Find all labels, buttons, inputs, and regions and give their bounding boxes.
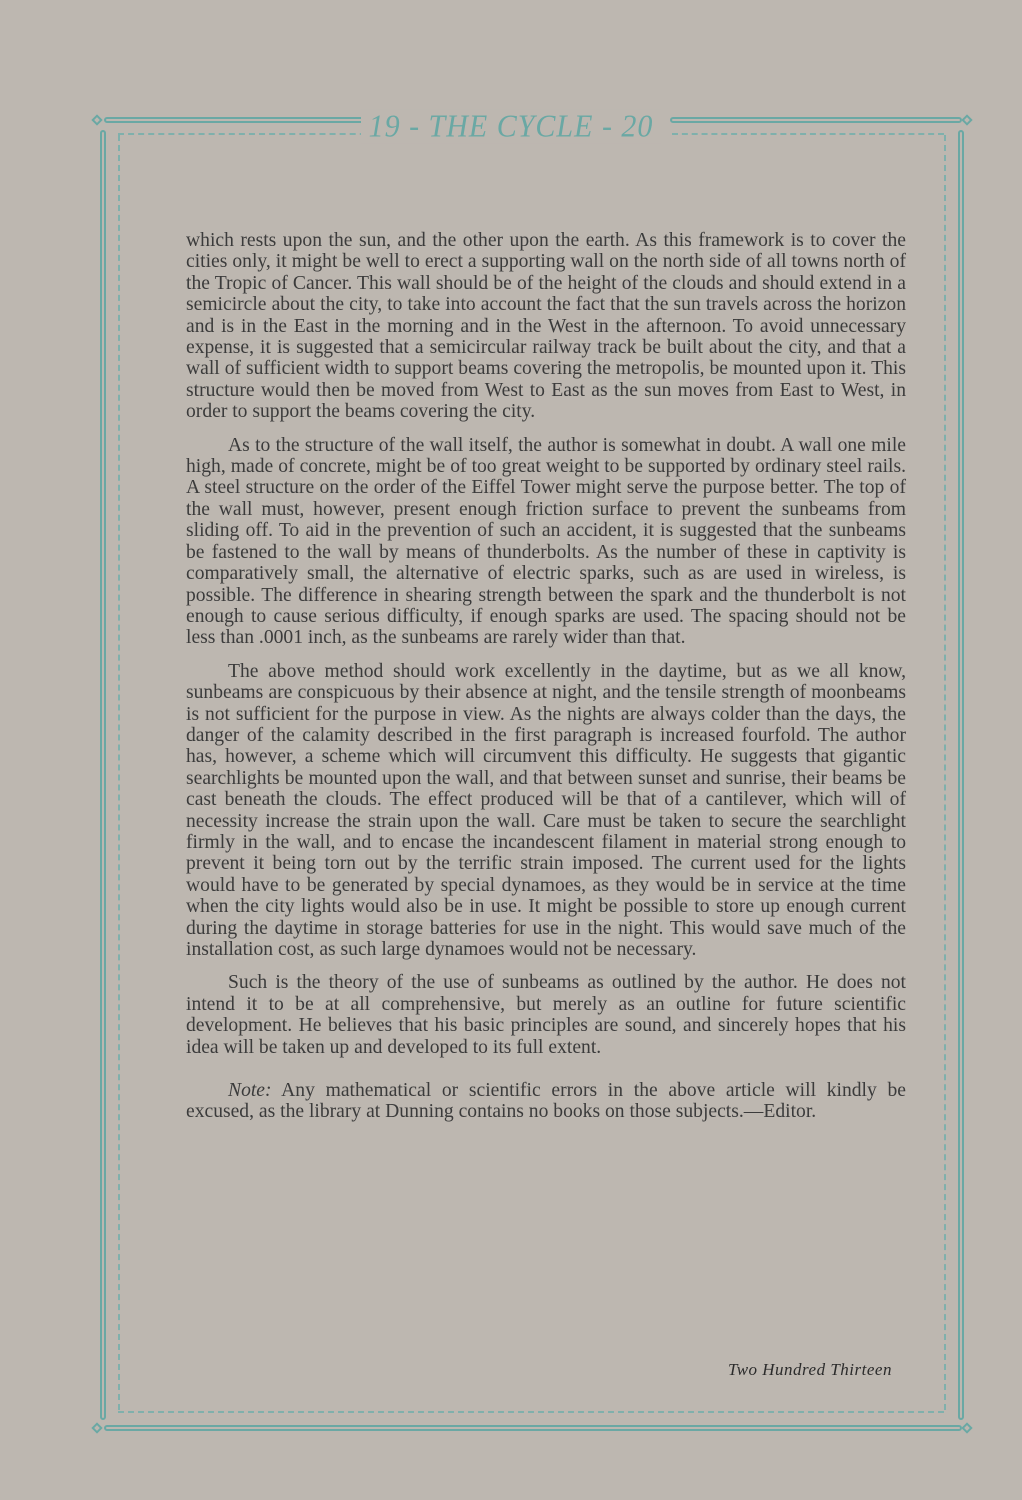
article-body: which rests upon the sun, and the other … (186, 230, 906, 1135)
page-number: Two Hundred Thirteen (728, 1360, 892, 1380)
corner-ornament-icon (961, 1422, 972, 1433)
corner-ornament-icon (91, 1422, 102, 1433)
note-text: Any mathematical or scientific errors in… (186, 1080, 906, 1122)
editor-note: Note: Any mathematical or scientific err… (186, 1080, 906, 1123)
note-label: Note: (228, 1080, 272, 1101)
paragraph: The above method should work excellently… (186, 661, 906, 961)
paragraph: which rests upon the sun, and the other … (186, 230, 906, 423)
paragraph: As to the structure of the wall itself, … (186, 435, 906, 649)
paragraph: Such is the theory of the use of sunbeam… (186, 972, 906, 1058)
book-page: 19 - THE CYCLE - 20 which rests upon the… (0, 0, 1022, 1500)
running-title: 19 - THE CYCLE - 20 (361, 109, 662, 144)
running-header: 19 - THE CYCLE - 20 (0, 109, 1022, 145)
